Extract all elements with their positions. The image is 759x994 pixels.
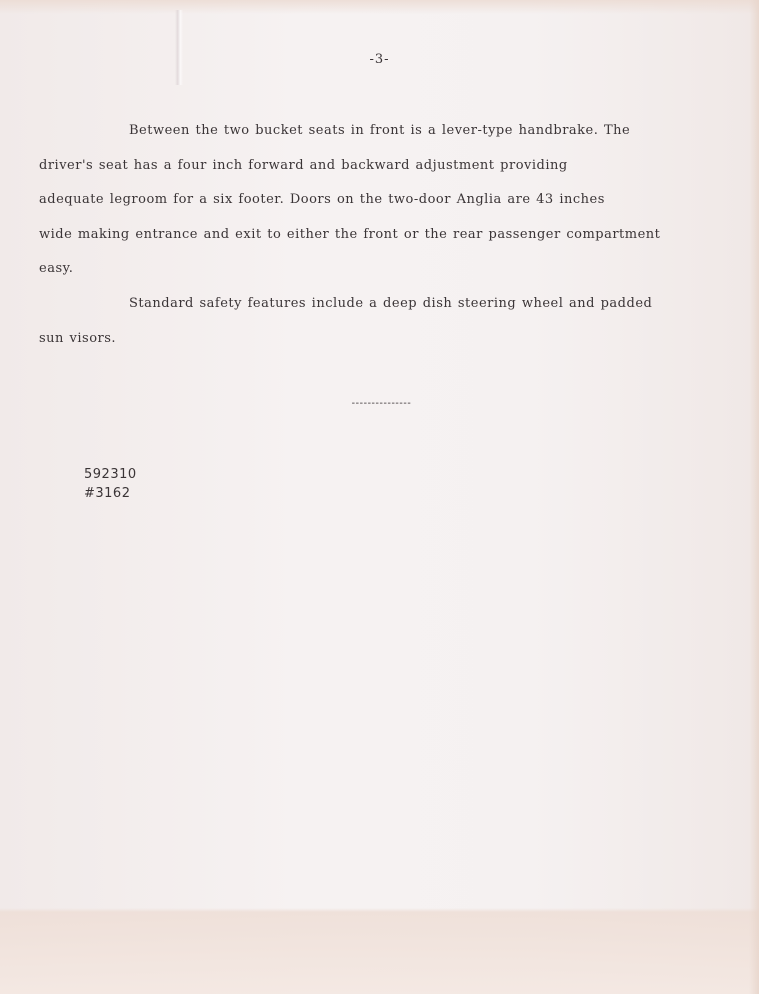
document-page: -3- Between the two bucket seats in fron… xyxy=(0,0,759,994)
paper-edge-right xyxy=(749,0,759,994)
paragraph-line: Between the two bucket seats in front is… xyxy=(84,114,744,149)
paragraph-line: Standard safety features include a deep … xyxy=(84,287,744,322)
paragraph-line: easy. xyxy=(84,252,744,287)
reference-number: 592310 xyxy=(84,465,137,484)
paragraph-safety: Standard safety features include a deep … xyxy=(84,287,744,356)
paper-edge-top xyxy=(0,0,759,14)
paragraph-line: driver's seat has a four inch forward an… xyxy=(84,149,744,184)
paragraph-seating: Between the two bucket seats in front is… xyxy=(84,114,744,287)
paragraph-line: sun visors. xyxy=(84,322,744,357)
paper-crease xyxy=(175,10,183,85)
paragraph-line: wide making entrance and exit to either … xyxy=(84,218,744,253)
page-number: -3- xyxy=(0,52,759,67)
section-divider: --------------- xyxy=(0,398,759,409)
paragraph-line: adequate legroom for a six footer. Doors… xyxy=(84,183,744,218)
release-number: #3162 xyxy=(84,484,130,503)
